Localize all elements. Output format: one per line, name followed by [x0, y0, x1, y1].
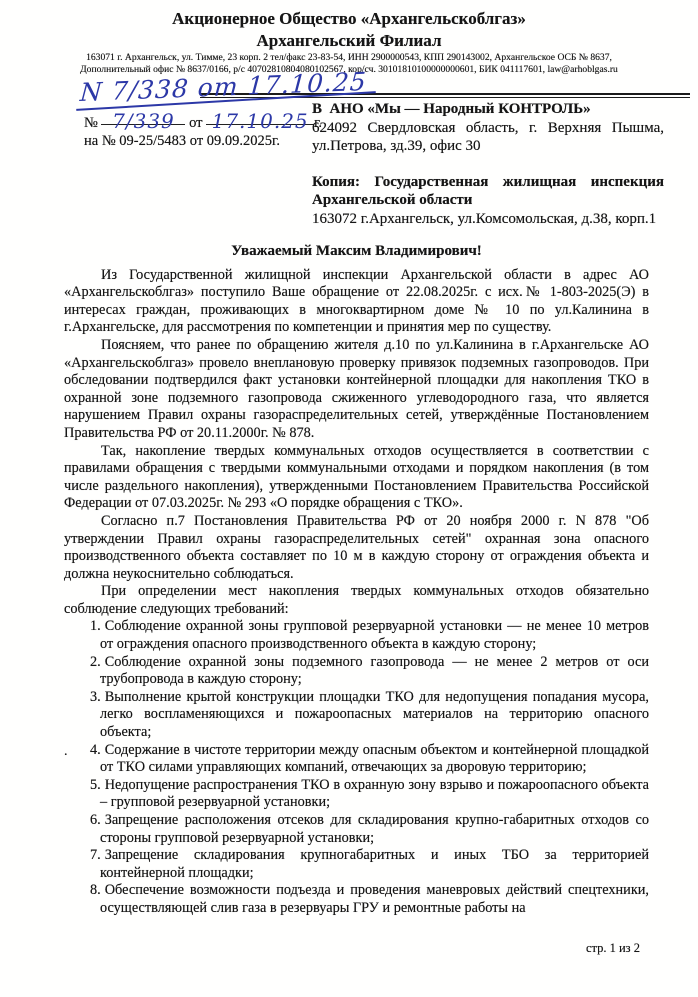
item-text: Выполнение крытой конструкции площадки Т…	[100, 689, 649, 740]
paragraph: Поясняем, что ранее по обращению жителя …	[64, 337, 649, 443]
organization-name: Акционерное Общество «Архангельскоблгаз»	[0, 8, 698, 30]
item-number: 3.	[90, 689, 105, 705]
requirement-item: 5.Недопущение распространения ТКО в охра…	[90, 777, 649, 812]
date-blank: 17.10.25	[206, 108, 314, 125]
requirement-item: 6.Запрещение расположения отсеков для ск…	[90, 812, 649, 847]
recipient-block: В АНО «Мы — Народный КОНТРОЛЬ» 624092 Св…	[312, 100, 664, 228]
item-text: Содержание в чистоте территории между оп…	[100, 742, 649, 776]
item-text: Соблюдение охранной зоны подземного газо…	[100, 654, 649, 688]
requirements-intro: При определении мест накопления твердых …	[64, 583, 649, 618]
item-text: Соблюдение охранной зоны групповой резер…	[100, 618, 649, 652]
copy-recipient-line1: Копия: Государственная жилищная инспекци…	[312, 173, 664, 192]
paragraph: Из Государственной жилищной инспекции Ар…	[64, 267, 649, 337]
item-text: Запрещение складирования крупногабаритны…	[100, 847, 649, 881]
requirements-list: 1.Соблюдение охранной зоны групповой рез…	[64, 618, 649, 917]
salutation: Уважаемый Максим Владимирович!	[64, 243, 649, 261]
copy-recipient-address: 163072 г.Архангельск, ул.Комсомольская, …	[312, 210, 664, 229]
requirement-item: 7.Запрещение складирования крупногабарит…	[90, 847, 649, 882]
item-number: 6.	[90, 812, 105, 828]
handwritten-date: 17.10.25	[212, 109, 309, 133]
branch-name: Архангельский Филиал	[0, 30, 698, 52]
paragraph: Согласно п.7 Постановления Правительства…	[64, 513, 649, 583]
requirement-item: 8.Обеспечение возможности подъезда и про…	[90, 882, 649, 917]
item-text: Обеспечение возможности подъезда и прове…	[100, 882, 649, 916]
number-blank: 7/339	[101, 108, 185, 125]
handwritten-number: 7/339	[112, 109, 175, 133]
requirement-item: 3.Выполнение крытой конструкции площадки…	[90, 689, 649, 742]
requirement-item: 1.Соблюдение охранной зоны групповой рез…	[90, 618, 649, 653]
number-label: №	[84, 115, 98, 131]
item-number: 5.	[90, 777, 105, 793]
ot-label: от	[189, 115, 202, 131]
scan-artifact-dot: .	[64, 744, 68, 760]
requirement-item: 2.Соблюдение охранной зоны подземного га…	[90, 654, 649, 689]
item-number: 1.	[90, 618, 105, 634]
scanned-letter-page: Акционерное Общество «Архангельскоблгаз»…	[0, 0, 698, 997]
item-text: Недопущение распространения ТКО в охранн…	[100, 777, 649, 811]
item-number: 4.	[90, 742, 105, 758]
letter-body: Уважаемый Максим Владимирович! Из Госуда…	[64, 243, 649, 918]
item-text: Запрещение расположения отсеков для скла…	[100, 812, 649, 846]
letterhead-address-line1: 163071 г. Архангельск, ул. Тимме, 23 кор…	[0, 52, 698, 64]
requirement-item: 4.Содержание в чистоте территории между …	[90, 742, 649, 777]
page-number: стр. 1 из 2	[586, 941, 640, 956]
recipient-address-line1: 624092 Свердловская область, г. Верхняя …	[312, 119, 664, 138]
item-number: 7.	[90, 847, 105, 863]
recipient-address-line2: ул.Петрова, зд.39, офис 30	[312, 137, 664, 156]
copy-recipient-line2: Архангельской области	[312, 191, 664, 210]
paragraph: Так, накопление твердых коммунальных отх…	[64, 443, 649, 513]
item-number: 2.	[90, 654, 105, 670]
item-number: 8.	[90, 882, 105, 898]
letterhead: Акционерное Общество «Архангельскоблгаз»…	[0, 8, 698, 76]
recipient-name: В АНО «Мы — Народный КОНТРОЛЬ»	[312, 100, 664, 119]
